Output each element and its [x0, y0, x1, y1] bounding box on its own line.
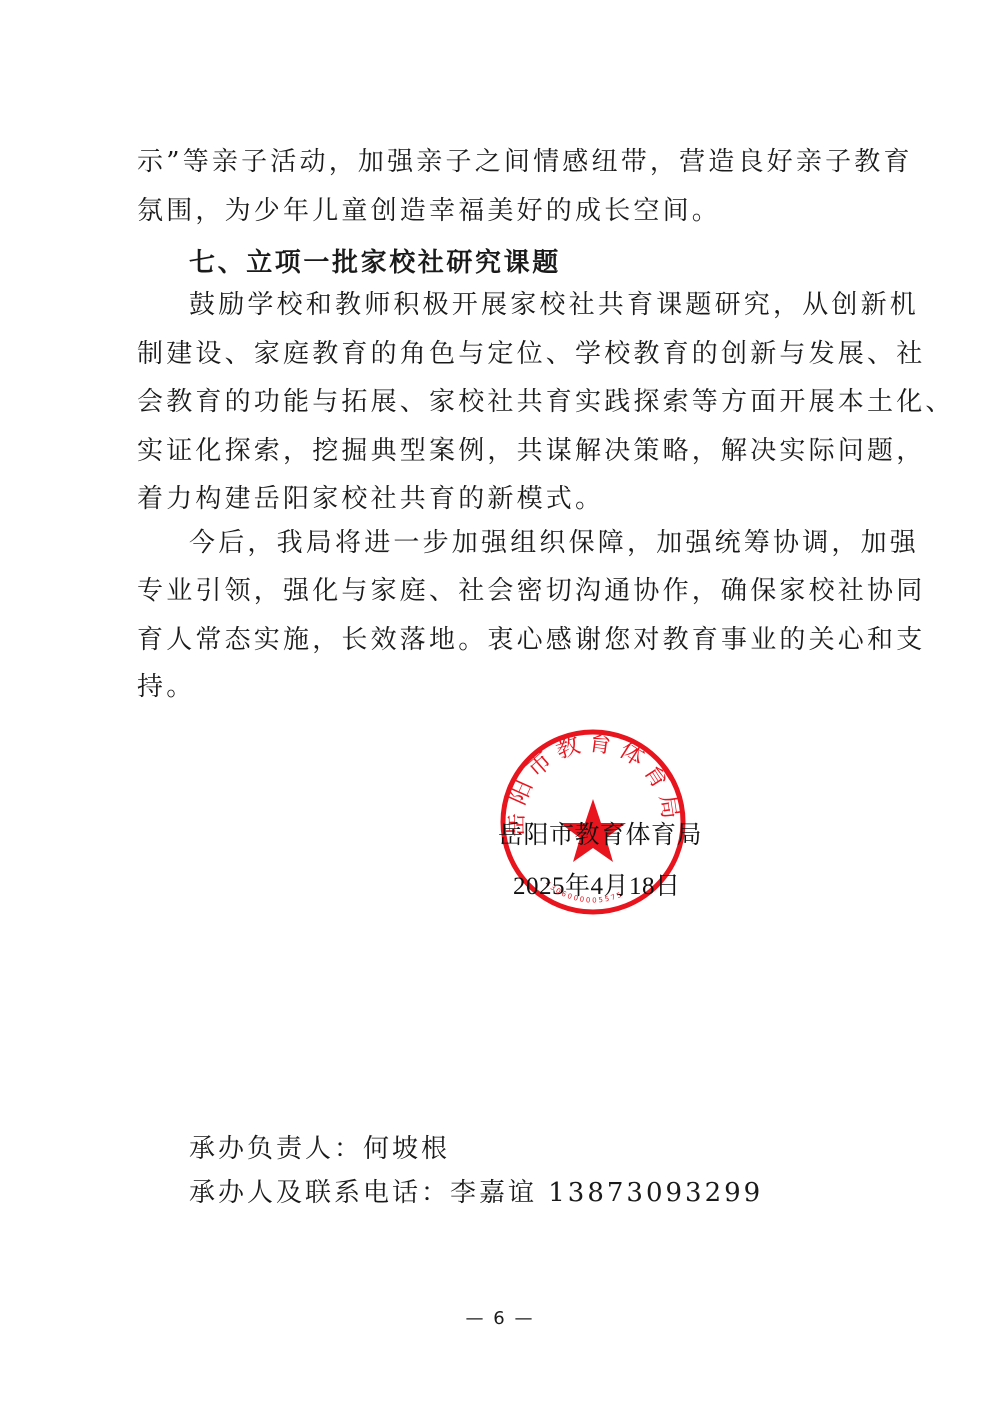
body-text-line: 氛围，为少年儿童创造幸福美好的成长空间。 — [137, 196, 721, 226]
contact-handler: 承办人及联系电话：李嘉谊 13873093299 — [189, 1172, 763, 1209]
body-text-line: 专业引领，强化与家庭、社会密切沟通协作，确保家校社协同 — [137, 576, 925, 606]
body-text-line: 着力构建岳阳家校社共育的新模式。 — [137, 484, 604, 514]
contact-responsible: 承办负责人：何坡根 — [189, 1128, 450, 1165]
body-text-line: 实证化探索，挖掘典型案例，共谋解决策略，解决实际问题， — [137, 436, 925, 466]
document-page: 示”等亲子活动，加强亲子之间情感纽带，营造良好亲子教育 氛围，为少年儿童创造幸福… — [0, 0, 1000, 1414]
body-text-line: 鼓励学校和教师积极开展家校社共育课题研究，从创新机 — [189, 290, 919, 320]
body-text-line: 育人常态实施，长效落地。衷心感谢您对教育事业的关心和支 — [137, 625, 925, 655]
body-text-line: 示”等亲子活动，加强亲子之间情感纽带，营造良好亲子教育 — [137, 147, 913, 177]
body-text-line: 今后，我局将进一步加强组织保障，加强统筹协调，加强 — [189, 528, 919, 558]
body-text-line: 制建设、家庭教育的角色与定位、学校教育的创新与发展、社 — [137, 339, 925, 369]
signature-organization: 岳阳市教育体育局 — [498, 815, 702, 851]
body-text-line: 持。 — [137, 672, 195, 702]
section-heading: 七、立项一批家校社研究课题 — [189, 242, 561, 279]
body-text-line: 会教育的功能与拓展、家校社共育实践探索等方面开展本土化、 — [137, 387, 955, 417]
page-number: — 6 — — [0, 1308, 1000, 1329]
signature-date: 2025年4月18日 — [513, 866, 681, 902]
